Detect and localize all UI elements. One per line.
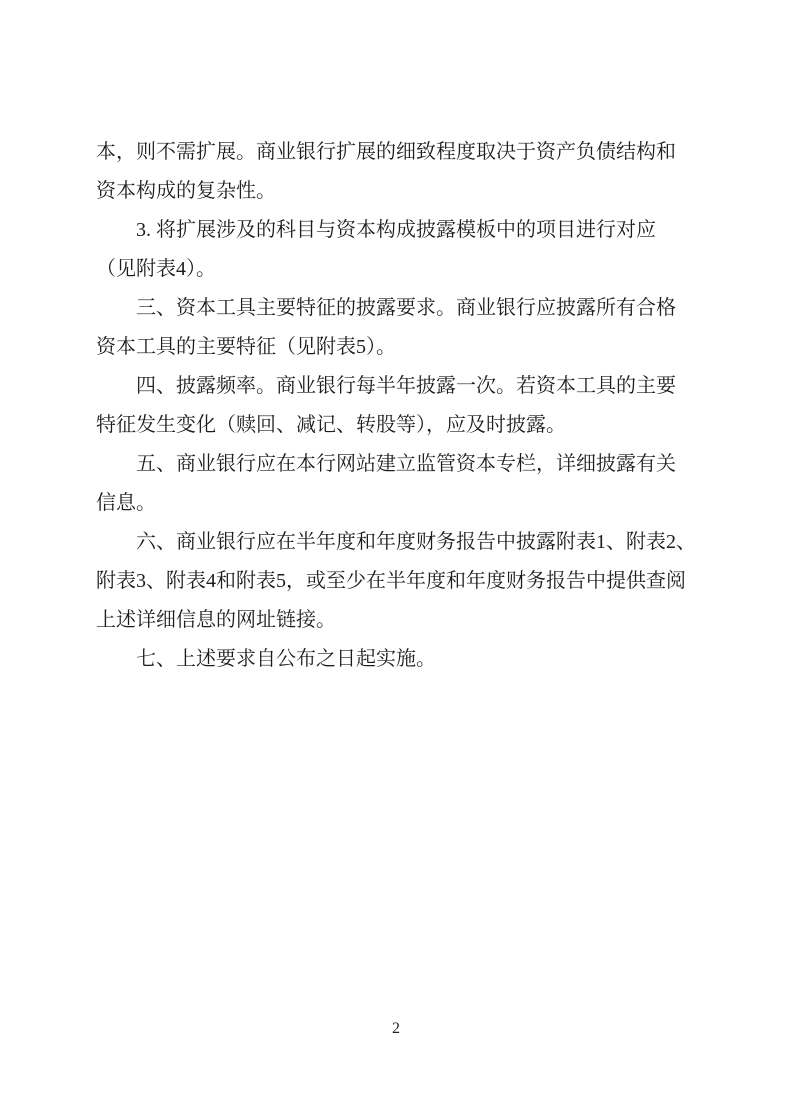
paragraph-line: 信息。 [96,484,708,523]
paragraph: 七、上述要求自公布之日起实施。 [96,640,708,679]
paragraph: 六、商业银行应在半年度和年度财务报告中披露附表1、附表2、 附表3、附表4和附表… [96,523,708,640]
document-body-text: 本，则不需扩展。商业银行扩展的细致程度取决于资产负债结构和 资本构成的复杂性。 … [96,133,708,679]
paragraph-line: 七、上述要求自公布之日起实施。 [96,640,708,679]
paragraph-line: 本，则不需扩展。商业银行扩展的细致程度取决于资产负债结构和 [96,133,708,172]
paragraph-line: 3. 将扩展涉及的科目与资本构成披露模板中的项目进行对应 [96,211,708,250]
page-footer: 2 [0,1020,792,1038]
page-number: 2 [392,1020,400,1037]
paragraph-line: （见附表4）。 [96,250,708,289]
document-page: 本，则不需扩展。商业银行扩展的细致程度取决于资产负债结构和 资本构成的复杂性。 … [0,0,792,1120]
paragraph: 三、资本工具主要特征的披露要求。商业银行应披露所有合格 资本工具的主要特征（见附… [96,289,708,367]
paragraph-line: 资本工具的主要特征（见附表5）。 [96,328,708,367]
paragraph: 本，则不需扩展。商业银行扩展的细致程度取决于资产负债结构和 资本构成的复杂性。 [96,133,708,211]
paragraph: 3. 将扩展涉及的科目与资本构成披露模板中的项目进行对应 （见附表4）。 [96,211,708,289]
paragraph-line: 资本构成的复杂性。 [96,172,708,211]
paragraph-line: 五、商业银行应在本行网站建立监管资本专栏，详细披露有关 [96,445,708,484]
paragraph-line: 上述详细信息的网址链接。 [96,601,708,640]
paragraph: 五、商业银行应在本行网站建立监管资本专栏，详细披露有关 信息。 [96,445,708,523]
paragraph: 四、披露频率。商业银行每半年披露一次。若资本工具的主要 特征发生变化（赎回、减记… [96,367,708,445]
paragraph-line: 四、披露频率。商业银行每半年披露一次。若资本工具的主要 [96,367,708,406]
paragraph-line: 附表3、附表4和附表5，或至少在半年度和年度财务报告中提供查阅 [96,562,708,601]
paragraph-line: 三、资本工具主要特征的披露要求。商业银行应披露所有合格 [96,289,708,328]
paragraph-line: 特征发生变化（赎回、减记、转股等），应及时披露。 [96,406,708,445]
paragraph-line: 六、商业银行应在半年度和年度财务报告中披露附表1、附表2、 [96,523,708,562]
